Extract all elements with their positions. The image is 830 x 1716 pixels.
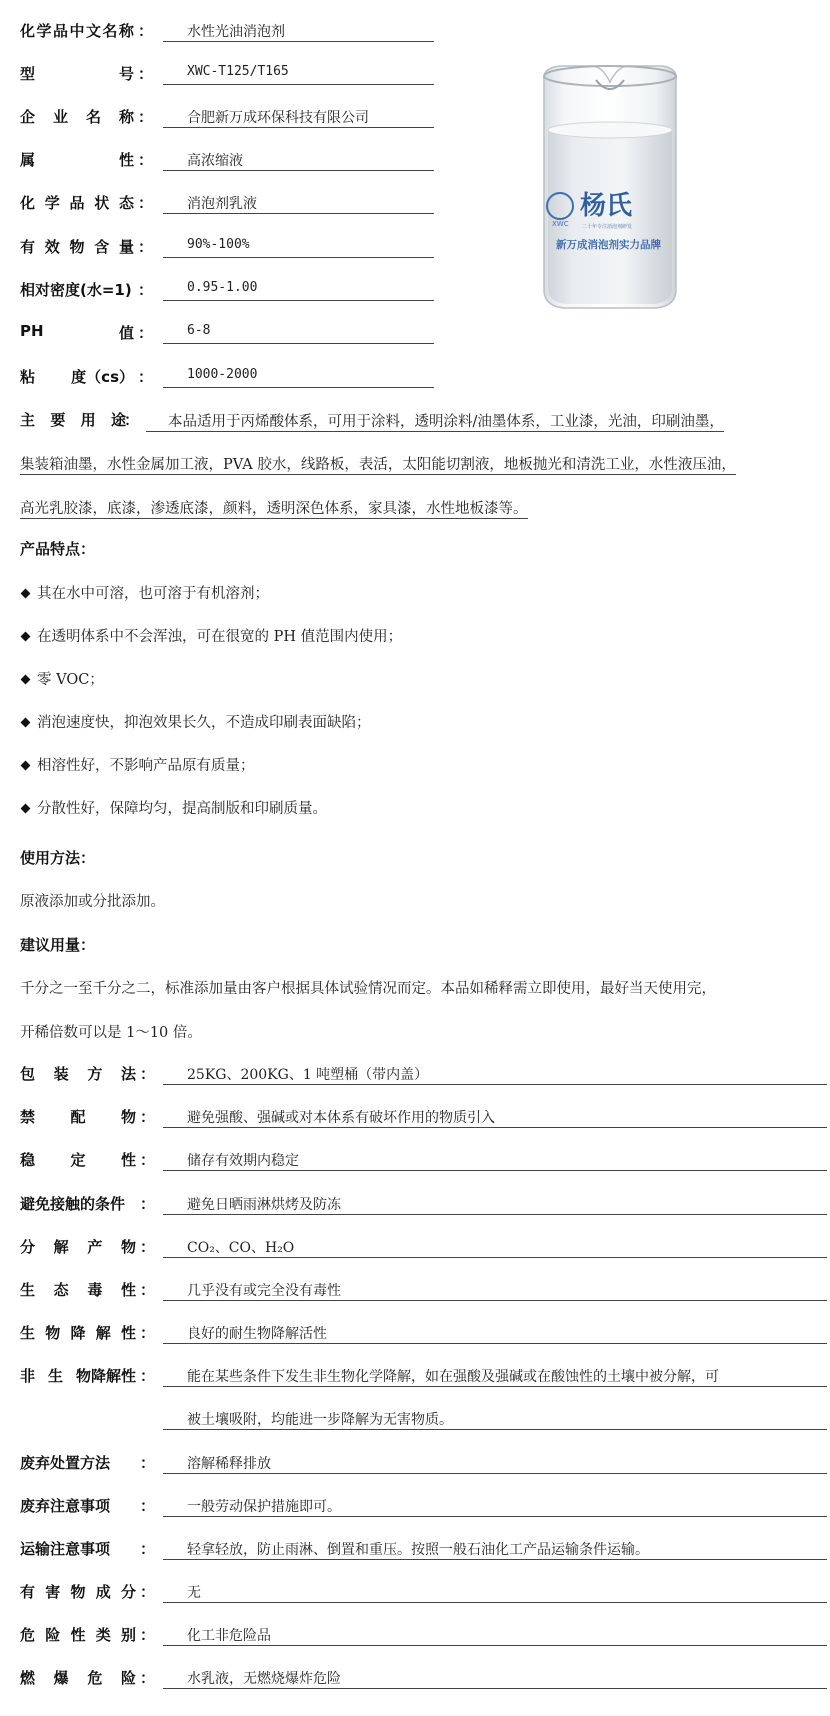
diamond-bullet-icon	[21, 803, 31, 813]
field-label-part: PH	[20, 322, 44, 343]
field-label-part: 用	[81, 409, 96, 430]
field-label-part: 性	[121, 1279, 136, 1300]
field-label-part: 型	[20, 63, 35, 84]
field-value: CO₂、CO、H₂O	[163, 1237, 827, 1258]
field-label-part: 态	[54, 1279, 69, 1300]
field-label-part: 避免接触的条件	[20, 1193, 125, 1214]
field-label-part: 运输注意事项	[20, 1538, 110, 1559]
method-heading: 使用方法：	[20, 847, 95, 868]
field-colon: ：	[140, 1279, 155, 1300]
field-colon: ：	[140, 1452, 155, 1473]
field-value: 水性光油消泡剂	[163, 21, 434, 42]
field-label-part: 包	[20, 1063, 35, 1084]
field-label-part: 粘	[20, 366, 35, 387]
field-label-part: 要	[50, 409, 65, 430]
feature-item: 零 VOC；	[20, 668, 104, 689]
field-colon: ：	[138, 322, 153, 343]
field-label-part: 量	[119, 236, 134, 257]
feature-text: 相溶性好，不影响产品原有质量；	[37, 758, 255, 774]
field-value: 90%-100%	[163, 237, 434, 258]
field-colon: ：	[138, 63, 153, 84]
field-label: 粘度（cs）	[20, 366, 134, 387]
field-colon: ：	[140, 1624, 155, 1645]
field-label: 有效物含量	[20, 236, 134, 257]
field-colon: ：	[138, 279, 153, 300]
field-label: 避免接触的条件	[20, 1193, 136, 1214]
diamond-bullet-icon	[21, 631, 31, 641]
feature-item: 其在水中可溶，也可溶于有机溶剂；	[20, 582, 269, 603]
field-label: 有害物成分	[20, 1581, 136, 1602]
field-label-part: 值	[119, 322, 134, 343]
field-value: 化工非危险品	[163, 1625, 827, 1646]
field-value: 溶解稀释排放	[163, 1453, 827, 1474]
field-label-part: 称	[119, 20, 134, 41]
field-colon: ：	[140, 1667, 155, 1688]
field-colon: ：	[138, 192, 153, 213]
field-label: 非生物降解性	[20, 1365, 136, 1386]
field-colon: ：	[138, 236, 153, 257]
feature-item: 消泡速度快，抑泡效果长久，不造成印刷表面缺陷；	[20, 711, 371, 732]
field-label: 主要用途	[20, 409, 126, 430]
field-label-part: 性	[121, 1149, 136, 1170]
field-value: 消泡剂乳液	[163, 193, 434, 214]
field-colon: ：	[140, 1365, 155, 1386]
field-label-part: 号	[119, 63, 134, 84]
svg-text:新万成消泡剂实力品牌: 新万成消泡剂实力品牌	[556, 238, 661, 251]
field-label-part: 类	[96, 1624, 111, 1645]
field-colon: ：	[138, 106, 153, 127]
field-label-part: 危	[20, 1624, 35, 1645]
field-label-part: 物	[70, 1581, 85, 1602]
field-label-part: 性	[70, 1624, 85, 1645]
field-colon: ：	[140, 1063, 155, 1084]
field-colon: ：	[140, 1149, 155, 1170]
field-label: 稳定性	[20, 1149, 136, 1170]
field-label-part: 危	[87, 1667, 102, 1688]
field-label-part: 含	[94, 236, 109, 257]
field-label-part: 稳	[20, 1149, 35, 1170]
field-label-part: 性	[119, 149, 134, 170]
field-label-part: 企	[20, 106, 35, 127]
features-heading: 产品特点：	[20, 538, 95, 559]
field-value: 一般劳动保护措施即可。	[163, 1496, 827, 1517]
field-label-part: 方	[87, 1063, 102, 1084]
field-label-part: 状	[94, 192, 109, 213]
field-label-part: 品	[69, 192, 84, 213]
field-label: 危险性类别	[20, 1624, 136, 1645]
field-label-part: 化	[20, 192, 35, 213]
field-label: 生物降解性	[20, 1322, 136, 1343]
field-colon: ：	[140, 1538, 155, 1559]
field-label-part: 效	[45, 236, 60, 257]
field-label: 禁配物	[20, 1106, 136, 1127]
field-label: 型号	[20, 63, 134, 84]
field-label-part: 法	[121, 1063, 136, 1084]
field-colon: ：	[140, 1106, 155, 1127]
feature-text: 其在水中可溶，也可溶于有机溶剂；	[37, 586, 269, 602]
diamond-bullet-icon	[21, 717, 31, 727]
field-label: 属性	[20, 149, 134, 170]
field-label-part: 学	[36, 20, 51, 41]
field-label-part: 性	[121, 1322, 136, 1343]
diamond-bullet-icon	[21, 760, 31, 770]
field-label-part: 物降解性	[76, 1365, 136, 1386]
feature-item: 分散性好，保障均匀，提高制版和印刷质量。	[20, 797, 327, 818]
field-label-part: 定	[70, 1149, 85, 1170]
field-label-part: 生	[20, 1322, 35, 1343]
field-label-part: 产	[87, 1236, 102, 1257]
field-label-part: 废弃处置方法	[20, 1452, 110, 1473]
field-label-part: 文	[86, 20, 101, 41]
field-label: 运输注意事项	[20, 1538, 136, 1559]
field-value: 避免强酸、强碱或对本体系有破坏作用的物质引入	[163, 1107, 827, 1128]
field-colon: ：	[140, 1236, 155, 1257]
field-label: 分解产物	[20, 1236, 136, 1257]
feature-text: 零 VOC；	[37, 672, 104, 688]
field-label-part: 度（cs）	[71, 366, 134, 387]
field-label: 包装方法	[20, 1063, 136, 1084]
field-label-part: 学	[45, 192, 60, 213]
field-label-part: 有	[20, 236, 35, 257]
field-label-part: 险	[121, 1667, 136, 1688]
field-value: 能在某些条件下发生非生物化学降解，如在强酸及强碱或在酸蚀性的土壤中被分解，可	[163, 1366, 827, 1387]
field-label: 相对密度(水=1)	[20, 279, 134, 300]
field-label-part: 爆	[54, 1667, 69, 1688]
svg-text:杨氏: 杨氏	[580, 190, 633, 221]
field-label-part: 分	[20, 1236, 35, 1257]
field-label-part: 称	[119, 106, 134, 127]
field-label-part: 物	[69, 236, 84, 257]
field-value: 水乳液，无燃烧爆炸危险	[163, 1668, 827, 1689]
field-label: PH值	[20, 322, 134, 343]
field-value: 合肥新万成环保科技有限公司	[163, 107, 434, 128]
field-value: 良好的耐生物降解活性	[163, 1323, 827, 1344]
field-label: 废弃注意事项	[20, 1495, 136, 1516]
field-label-part: 成	[96, 1581, 111, 1602]
field-value: 避免日晒雨淋烘烤及防冻	[163, 1194, 827, 1215]
field-value: 25KG、200KG、1 吨塑桶（带内盖）	[163, 1064, 827, 1085]
field-label-part: 解	[54, 1236, 69, 1257]
method-text: 原液添加或分批添加。	[20, 890, 165, 911]
field-colon: ：	[140, 1581, 155, 1602]
field-label-part: 装	[54, 1063, 69, 1084]
field-colon: ：	[140, 1495, 155, 1516]
field-label-part: 禁	[20, 1106, 35, 1127]
field-label-part: 中	[69, 20, 84, 41]
dosage-line-2: 开稀倍数可以是 1～10 倍。	[20, 1021, 202, 1042]
field-colon: ：	[140, 1322, 155, 1343]
field-value: 无	[163, 1582, 827, 1603]
field-label: 企业名称	[20, 106, 134, 127]
feature-text: 消泡速度快，抑泡效果长久，不造成印刷表面缺陷；	[37, 715, 371, 731]
field-label-part: 业	[53, 106, 68, 127]
feature-item: 在透明体系中不会浑浊，可在很宽的 PH 值范围内使用；	[20, 625, 402, 646]
usage-line: 本品适用于丙烯酸体系，可用于涂料，透明涂料/油墨体系，工业漆，光油，印刷油墨，	[146, 410, 724, 432]
field-value: 6-8	[163, 323, 434, 344]
field-label-part: 解	[96, 1322, 111, 1343]
field-label-part: 化	[20, 20, 35, 41]
field-label: 废弃处置方法	[20, 1452, 136, 1473]
field-label-part: 名	[102, 20, 117, 41]
field-label: 燃爆危险	[20, 1667, 136, 1688]
field-label-part: 配	[70, 1106, 85, 1127]
svg-text:XWC: XWC	[552, 220, 569, 228]
field-label: 化学品中文名称	[20, 20, 134, 41]
field-label-part: 生	[20, 1279, 35, 1300]
field-label-part: 险	[45, 1624, 60, 1645]
field-value: 几乎没有或完全没有毒性	[163, 1280, 827, 1301]
field-colon: ：	[140, 1193, 155, 1214]
field-label-part: 分	[121, 1581, 136, 1602]
field-value: 高浓缩液	[163, 150, 434, 171]
usage-line: 高光乳胶漆，底漆，渗透底漆，颜料，透明深色体系，家具漆，水性地板漆等。	[20, 497, 528, 519]
field-label: 化学品状态	[20, 192, 134, 213]
field-label-part: 燃	[20, 1667, 35, 1688]
product-beaker-image: XWC 杨氏 二十年专注消泡剂研发 新万成消泡剂实力品牌	[530, 58, 690, 316]
dosage-line-1: 千分之一至千分之二，标准添加量由客户根据具体试验情况而定。本品如稀释需立即使用，…	[20, 977, 716, 998]
field-label-part: 主	[20, 409, 35, 430]
field-label-part: 生	[48, 1365, 63, 1386]
feature-item: 相溶性好，不影响产品原有质量；	[20, 754, 255, 775]
field-value: 1000-2000	[163, 367, 434, 388]
field-label-part: 品	[53, 20, 68, 41]
field-label-part: 非	[20, 1365, 35, 1386]
field-label-part: 降	[70, 1322, 85, 1343]
diamond-bullet-icon	[21, 674, 31, 684]
usage-line: 集装箱油墨，水性金属加工液，PVA 胶水，线路板，表活，太阳能切割液，地板抛光和…	[20, 453, 736, 475]
field-value: 储存有效期内稳定	[163, 1150, 827, 1171]
field-label-part: 毒	[87, 1279, 102, 1300]
field-label-part: 相对密度(水=1)	[20, 279, 132, 300]
field-label-part: 物	[45, 1322, 60, 1343]
diamond-bullet-icon	[21, 588, 31, 598]
field-colon: ：	[138, 366, 153, 387]
field-colon: ：	[138, 20, 153, 41]
field-colon: ：	[124, 409, 139, 430]
field-label-part: 物	[121, 1106, 136, 1127]
field-label-part: 态	[119, 192, 134, 213]
field-colon: ：	[138, 149, 153, 170]
field-label-part: 物	[121, 1236, 136, 1257]
field-label-part: 有	[20, 1581, 35, 1602]
field-label-part: 名	[86, 106, 101, 127]
field-value-continued: 被土壤吸附，均能进一步降解为无害物质。	[163, 1409, 827, 1430]
field-value: 轻拿轻放，防止雨淋、倒置和重压。按照一般石油化工产品运输条件运输。	[163, 1539, 827, 1560]
dosage-heading: 建议用量：	[20, 934, 95, 955]
field-value: 0.95-1.00	[163, 280, 434, 301]
feature-text: 分散性好，保障均匀，提高制版和印刷质量。	[37, 801, 327, 817]
field-label: 生态毒性	[20, 1279, 136, 1300]
field-value: XWC-T125/T165	[163, 64, 434, 85]
field-label-part: 废弃注意事项	[20, 1495, 110, 1516]
svg-text:二十年专注消泡剂研发: 二十年专注消泡剂研发	[582, 223, 632, 230]
field-label-part: 害	[45, 1581, 60, 1602]
field-label-part: 属	[20, 149, 35, 170]
field-label-part: 别	[121, 1624, 136, 1645]
feature-text: 在透明体系中不会浑浊，可在很宽的 PH 值范围内使用；	[37, 629, 402, 645]
